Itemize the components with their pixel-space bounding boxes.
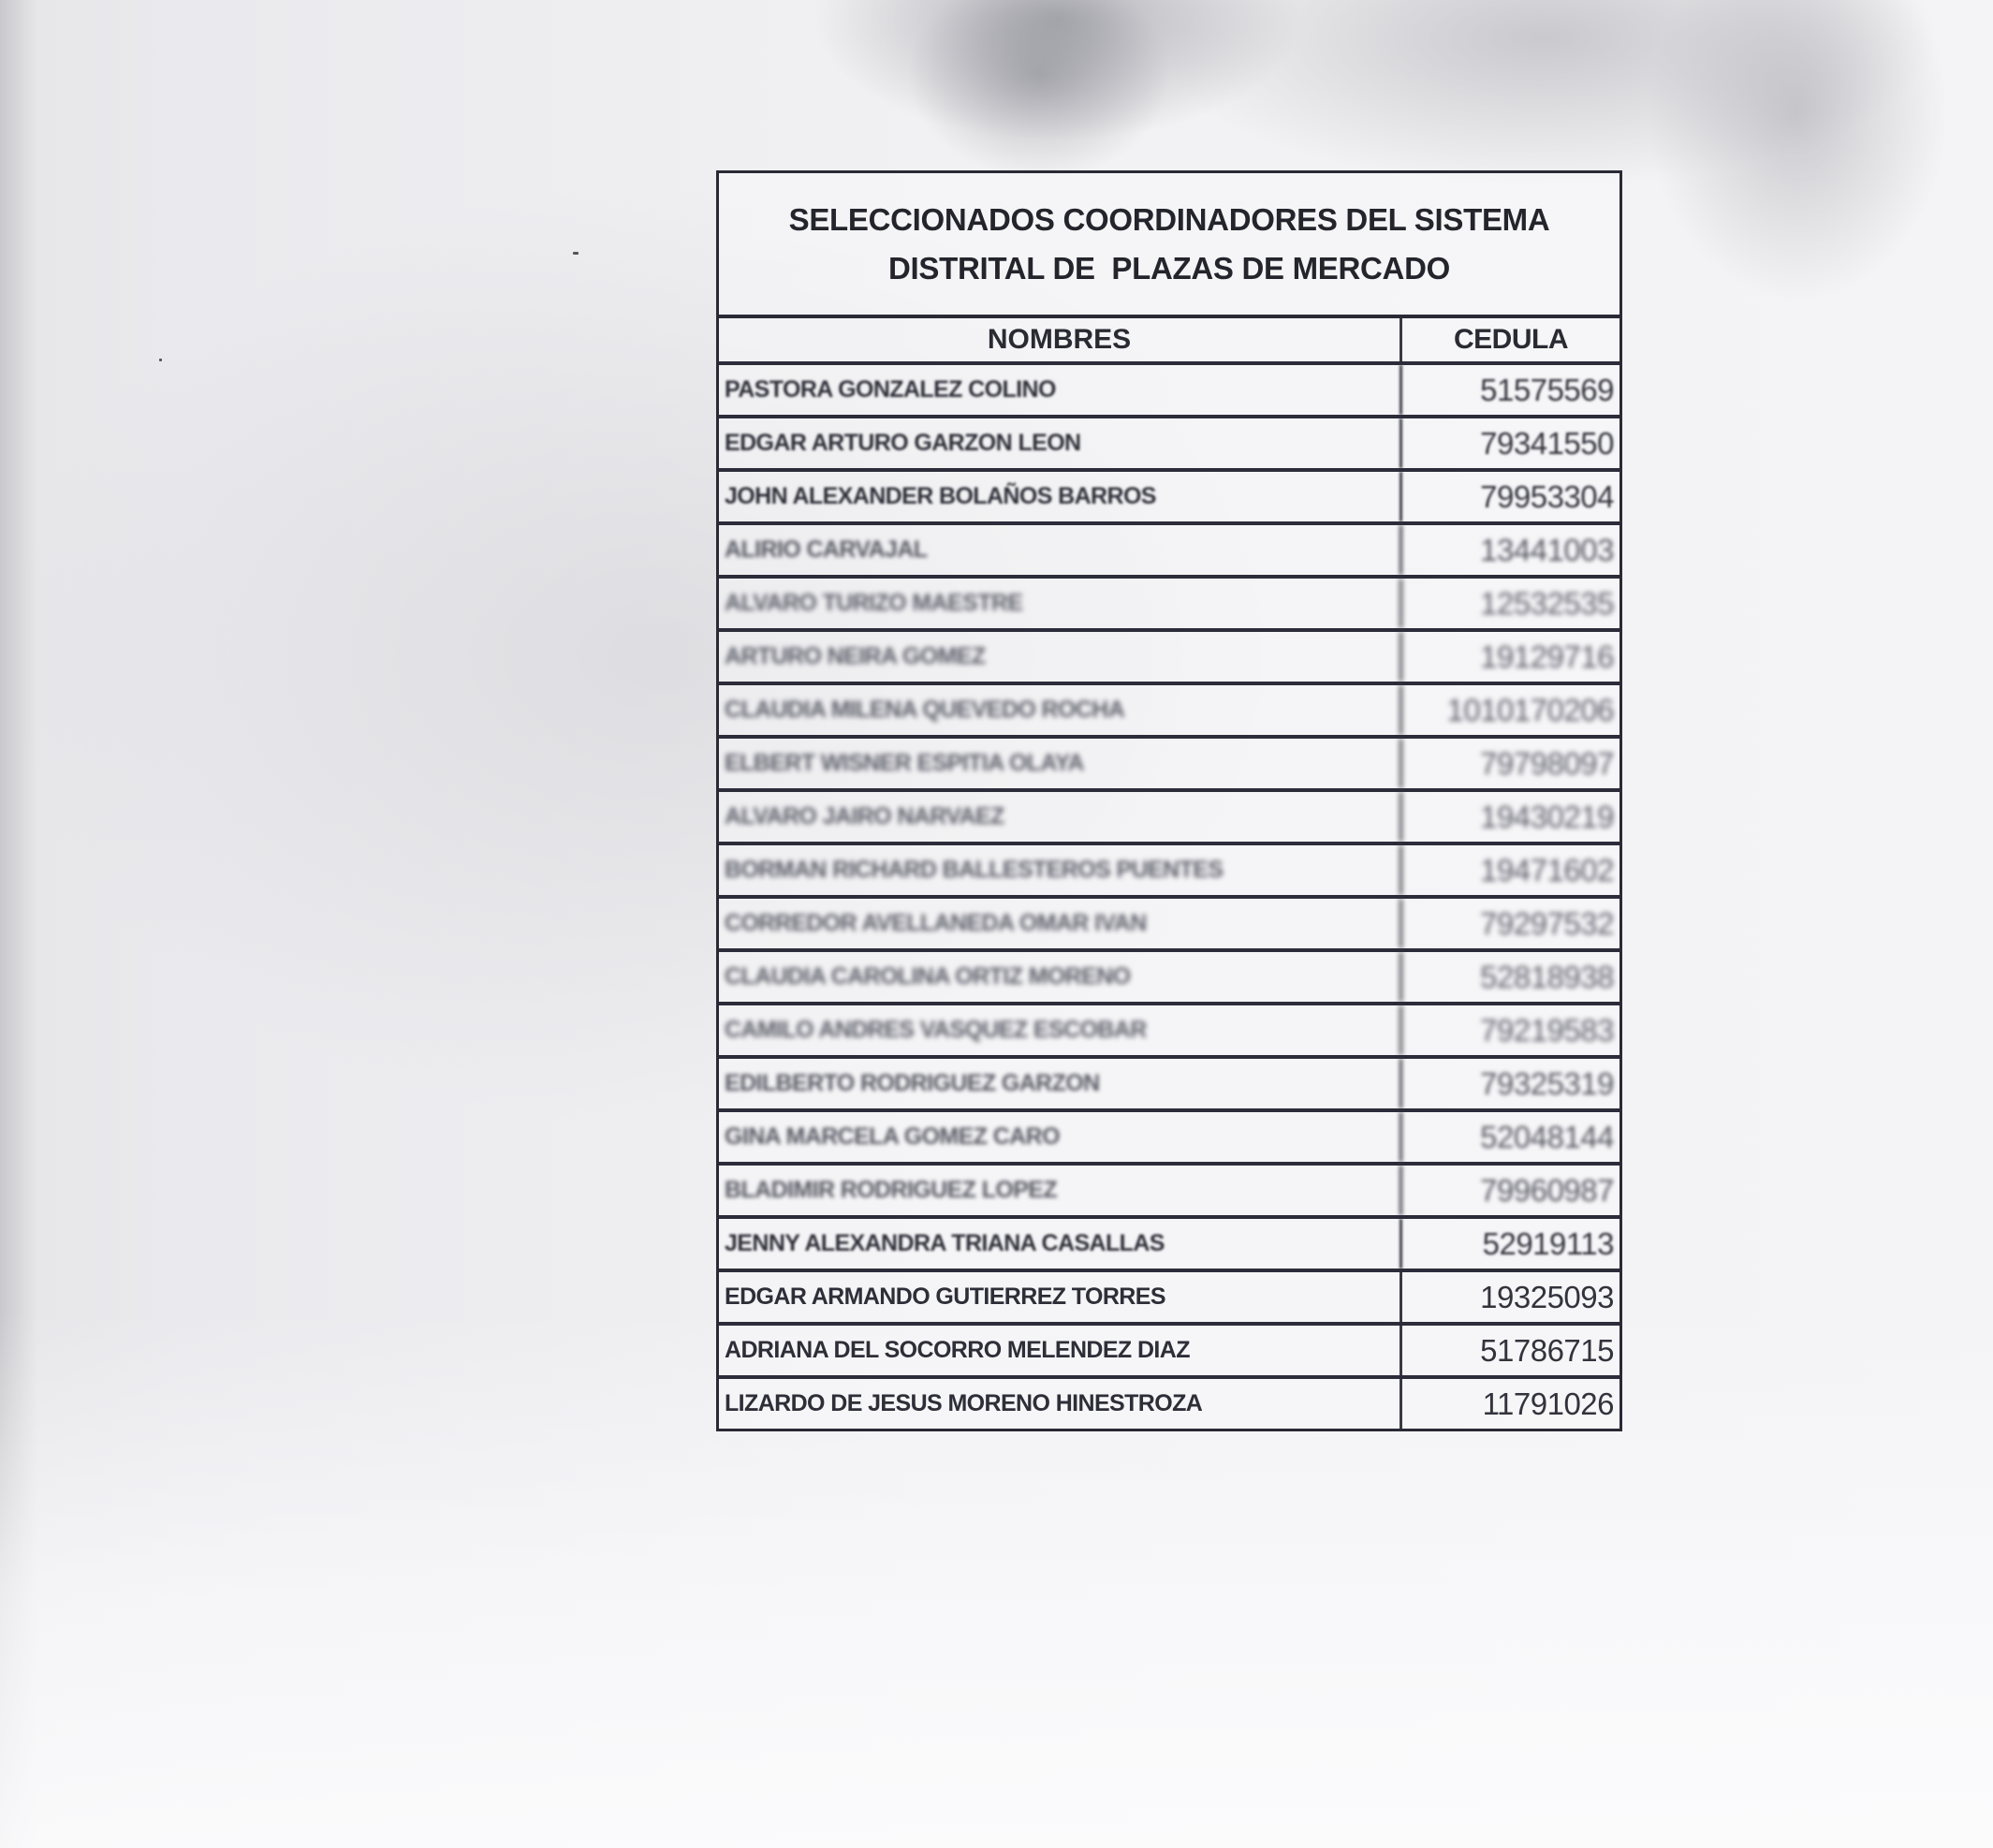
table-row: EDGAR ARTURO GARZON LEON79341550 xyxy=(719,418,1619,472)
cell-nombre: CLAUDIA MILENA QUEVEDO ROCHA xyxy=(719,685,1402,735)
cell-nombre: EDILBERTO RODRIGUEZ GARZON xyxy=(719,1059,1402,1108)
cell-cedula: 19471602 xyxy=(1402,845,1619,895)
table-row: ELBERT WISNER ESPITIA OLAYA79798097 xyxy=(719,739,1619,792)
table-row: CLAUDIA MILENA QUEVEDO ROCHA1010170206 xyxy=(719,685,1619,739)
table-row: CORREDOR AVELLANEDA OMAR IVAN79297532 xyxy=(719,899,1619,952)
cell-cedula: 13441003 xyxy=(1402,525,1619,575)
scan-speck xyxy=(159,359,162,361)
cell-cedula: 51786715 xyxy=(1402,1326,1619,1375)
cell-cedula: 1010170206 xyxy=(1402,685,1619,735)
cell-cedula: 52818938 xyxy=(1402,952,1619,1002)
cell-cedula: 19325093 xyxy=(1402,1272,1619,1322)
cell-cedula: 79219583 xyxy=(1402,1005,1619,1055)
table-title-block: SELECCIONADOS COORDINADORES DEL SISTEMA … xyxy=(719,173,1619,318)
cell-nombre: ALVARO TURIZO MAESTRE xyxy=(719,579,1402,628)
cell-nombre: ELBERT WISNER ESPITIA OLAYA xyxy=(719,739,1402,788)
cell-cedula: 51575569 xyxy=(1402,365,1619,415)
cell-cedula: 79297532 xyxy=(1402,899,1619,948)
cell-cedula: 11791026 xyxy=(1402,1379,1619,1429)
table-row: JOHN ALEXANDER BOLAÑOS BARROS79953304 xyxy=(719,472,1619,525)
cell-nombre: CORREDOR AVELLANEDA OMAR IVAN xyxy=(719,899,1402,948)
column-header-nombres: NOMBRES xyxy=(719,318,1402,361)
table-row: EDILBERTO RODRIGUEZ GARZON79325319 xyxy=(719,1059,1619,1112)
cell-nombre: JOHN ALEXANDER BOLAÑOS BARROS xyxy=(719,472,1402,521)
table-row: ALIRIO CARVAJAL13441003 xyxy=(719,525,1619,579)
cell-cedula: 79798097 xyxy=(1402,739,1619,788)
table-row: ARTURO NEIRA GOMEZ19129716 xyxy=(719,632,1619,685)
table-row: ALVARO TURIZO MAESTRE12532535 xyxy=(719,579,1619,632)
table-row: GINA MARCELA GOMEZ CARO52048144 xyxy=(719,1112,1619,1166)
cell-cedula: 79960987 xyxy=(1402,1166,1619,1215)
cell-cedula: 52048144 xyxy=(1402,1112,1619,1162)
table-header-row: NOMBRES CEDULA xyxy=(719,318,1619,365)
cell-nombre: JENNY ALEXANDRA TRIANA CASALLAS xyxy=(719,1219,1402,1269)
table-row: PASTORA GONZALEZ COLINO51575569 xyxy=(719,365,1619,418)
cell-cedula: 79325319 xyxy=(1402,1059,1619,1108)
table-row: LIZARDO DE JESUS MORENO HINESTROZA117910… xyxy=(719,1379,1619,1429)
cell-nombre: BORMAN RICHARD BALLESTEROS PUENTES xyxy=(719,845,1402,895)
table-row: CLAUDIA CAROLINA ORTIZ MORENO52818938 xyxy=(719,952,1619,1005)
cell-nombre: LIZARDO DE JESUS MORENO HINESTROZA xyxy=(719,1379,1402,1429)
cell-nombre: BLADIMIR RODRIGUEZ LOPEZ xyxy=(719,1166,1402,1215)
table-row: CAMILO ANDRES VASQUEZ ESCOBAR79219583 xyxy=(719,1005,1619,1059)
table-row: ALVARO JAIRO NARVAEZ19430219 xyxy=(719,792,1619,845)
cell-nombre: CLAUDIA CAROLINA ORTIZ MORENO xyxy=(719,952,1402,1002)
table-title-line-2: DISTRITAL DE PLAZAS DE MERCADO xyxy=(888,244,1450,293)
cell-nombre: GINA MARCELA GOMEZ CARO xyxy=(719,1112,1402,1162)
table-row: BLADIMIR RODRIGUEZ LOPEZ79960987 xyxy=(719,1166,1619,1219)
table-row: BORMAN RICHARD BALLESTEROS PUENTES194716… xyxy=(719,845,1619,899)
cell-nombre: ARTURO NEIRA GOMEZ xyxy=(719,632,1402,682)
cell-nombre: EDGAR ARMANDO GUTIERREZ TORRES xyxy=(719,1272,1402,1322)
scan-speck xyxy=(573,252,579,255)
cell-nombre: ALVARO JAIRO NARVAEZ xyxy=(719,792,1402,842)
cell-nombre: ADRIANA DEL SOCORRO MELENDEZ DIAZ xyxy=(719,1326,1402,1375)
cell-cedula: 52919113 xyxy=(1402,1219,1619,1269)
column-header-cedula: CEDULA xyxy=(1402,318,1619,361)
table-row: EDGAR ARMANDO GUTIERREZ TORRES19325093 xyxy=(719,1272,1619,1326)
cell-cedula: 12532535 xyxy=(1402,579,1619,628)
cell-nombre: PASTORA GONZALEZ COLINO xyxy=(719,365,1402,415)
table-body: PASTORA GONZALEZ COLINO51575569EDGAR ART… xyxy=(719,365,1619,1429)
cell-cedula: 79953304 xyxy=(1402,472,1619,521)
table-row: JENNY ALEXANDRA TRIANA CASALLAS52919113 xyxy=(719,1219,1619,1272)
cell-nombre: EDGAR ARTURO GARZON LEON xyxy=(719,418,1402,468)
cell-cedula: 19430219 xyxy=(1402,792,1619,842)
cell-nombre: CAMILO ANDRES VASQUEZ ESCOBAR xyxy=(719,1005,1402,1055)
selected-coordinators-table: SELECCIONADOS COORDINADORES DEL SISTEMA … xyxy=(716,170,1622,1431)
table-row: ADRIANA DEL SOCORRO MELENDEZ DIAZ5178671… xyxy=(719,1326,1619,1379)
cell-cedula: 79341550 xyxy=(1402,418,1619,468)
cell-nombre: ALIRIO CARVAJAL xyxy=(719,525,1402,575)
cell-cedula: 19129716 xyxy=(1402,632,1619,682)
table-title-line-1: SELECCIONADOS COORDINADORES DEL SISTEMA xyxy=(789,196,1550,244)
